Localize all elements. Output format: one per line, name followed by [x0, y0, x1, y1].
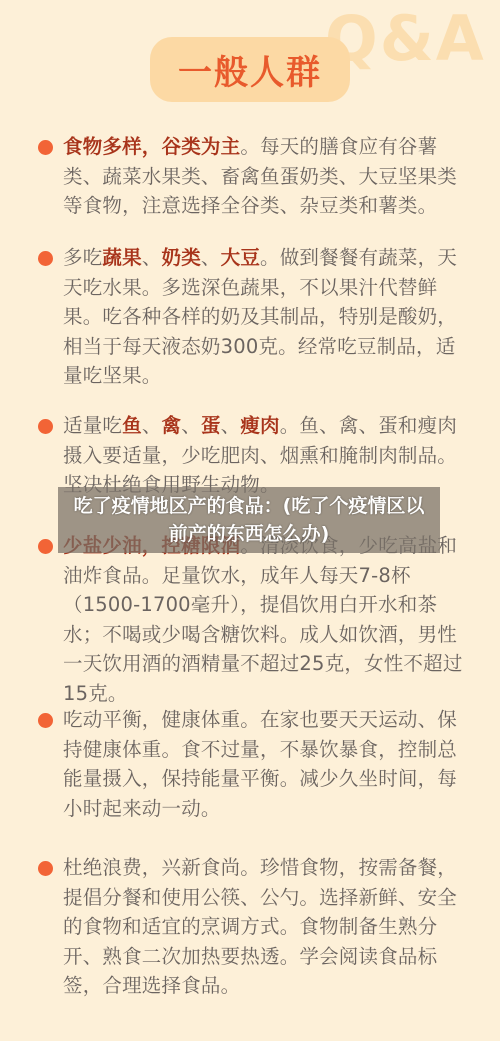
item-text: 少盐少油，控糖限酒。清淡饮食，少吃高盐和油炸食品。足量饮水，成年人每天7-8杯（… — [63, 531, 475, 708]
item-text: 杜绝浪费，兴新食尚。珍惜食物，按需备餐，提倡分餐和使用公筷、公勺。选择新鲜、安全… — [63, 853, 475, 1001]
item-body: 吃动平衡，健康体重。在家也要天天运动、保持健康体重。食不过量，不暴饮暴食，控制总… — [63, 708, 457, 820]
item-highlight: 禽 — [162, 414, 182, 437]
bullet-dot-icon — [38, 251, 53, 266]
item-body: 、 — [221, 414, 241, 437]
item-text: 吃动平衡，健康体重。在家也要天天运动、保持健康体重。食不过量，不暴饮暴食，控制总… — [63, 705, 475, 823]
bullet-dot-icon — [38, 861, 53, 876]
bullet-dot-icon — [38, 539, 53, 554]
item-body: 、 — [181, 414, 201, 437]
section-title-pill: 一般人群 — [150, 37, 350, 102]
item-body: 、 — [201, 246, 221, 269]
item-highlight: 蛋 — [201, 414, 221, 437]
item-highlight: 鱼 — [122, 414, 142, 437]
item-body: 、 — [142, 414, 162, 437]
caption-overlay: 吃了疫情地区产的食品：(吃了个疫情区以前产的东西怎么办) — [58, 487, 440, 553]
bullet-dot-icon — [38, 140, 53, 155]
item-highlight: 大豆 — [221, 246, 260, 269]
item-body: 、 — [142, 246, 162, 269]
item-body: 。清淡饮食，少吃高盐和油炸食品。足量饮水，成年人每天7-8杯（1500-1700… — [63, 534, 463, 705]
item-text: 多吃蔬果、奶类、大豆。做到餐餐有蔬菜，天天吃水果。多选深色蔬果，不以果汁代替鲜果… — [63, 243, 475, 391]
item-body: 杜绝浪费，兴新食尚。珍惜食物，按需备餐，提倡分餐和使用公筷、公勺。选择新鲜、安全… — [63, 856, 457, 997]
bullet-dot-icon — [38, 713, 53, 728]
item-body: 多吃 — [63, 246, 102, 269]
bullet-dot-icon — [38, 419, 53, 434]
item-highlight: 蔬果 — [102, 246, 141, 269]
item-highlight: 食物多样，谷类为主 — [63, 135, 240, 158]
item-text: 食物多样，谷类为主。每天的膳食应有谷薯类、蔬菜水果类、畜禽鱼蛋奶类、大豆坚果类等… — [63, 132, 475, 221]
item-body: 适量吃 — [63, 414, 122, 437]
item-highlight: 瘦肉 — [240, 414, 279, 437]
item-highlight: 奶类 — [162, 246, 201, 269]
section-title: 一般人群 — [178, 45, 322, 94]
overlay-caption: 吃了疫情地区产的食品：(吃了个疫情区以前产的东西怎么办) — [58, 492, 440, 548]
